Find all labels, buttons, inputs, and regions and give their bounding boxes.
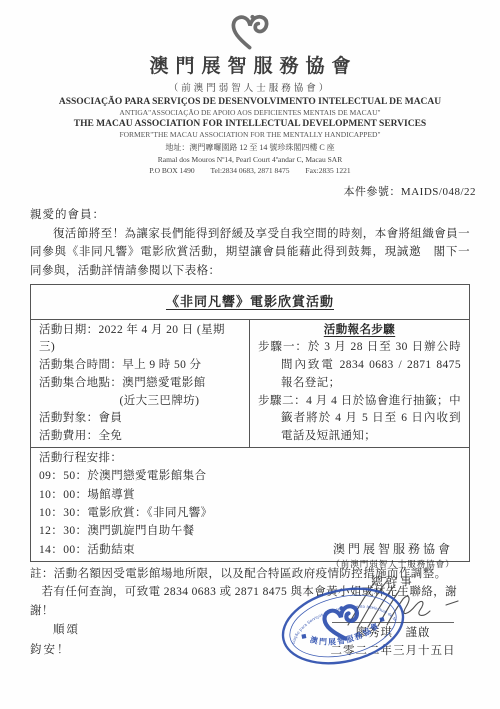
event-details-cell: 活動日期：2022 年 4 月 20 日 (星期三) 活動集合時間：早上 9 時… xyxy=(31,320,250,448)
intro-paragraph: 復活節將至！為讓家長們能得到舒緩及享受自我空間的時刻，本會將組織會員一同參與《非… xyxy=(30,225,470,281)
event-fee: 活動費用：全免 xyxy=(39,428,241,446)
org-name-en: THE MACAU ASSOCIATION FOR INTELLECTUAL D… xyxy=(0,119,500,129)
signature-org-former-name: （前澳門弱智人士服務協會） xyxy=(308,559,478,570)
event-table: 《非同凡響》電影欣賞活動 活動日期：2022 年 4 月 20 日 (星期三) … xyxy=(30,284,470,562)
letterhead: 澳門展智服務協會 （前澳門弱智人士服務協會） ASSOCIAÇÃO PARA S… xyxy=(0,0,500,175)
telephone: Tel:2834 0683, 2871 8475 xyxy=(210,166,289,175)
event-meet-place-note: (近大三巴牌坊) xyxy=(39,393,241,411)
schedule-item: 09：50：於澳門戀愛電影館集合 xyxy=(39,467,461,485)
event-table-columns: 活動日期：2022 年 4 月 20 日 (星期三) 活動集合時間：早上 9 時… xyxy=(31,320,469,449)
event-meet-time: 活動集合時間：早上 9 時 50 分 xyxy=(39,357,241,375)
event-target: 活動對象：會員 xyxy=(39,410,241,428)
registration-steps-title: 活動報名步驟 xyxy=(258,322,461,340)
salutation: 親愛的會員： xyxy=(30,206,470,225)
event-table-title: 《非同凡響》電影欣賞活動 xyxy=(31,285,469,320)
schedule-item: 10：30：電影欣賞：《非同凡響》 xyxy=(39,504,461,522)
contact-line: P.O BOX 1490 Tel:2834 0683, 2871 8475 Fa… xyxy=(0,166,500,175)
registration-step-1: 步驟一：於 3 月 28 日至 30 日辦公時間內致電 2834 0683 / … xyxy=(258,339,461,392)
org-former-name-zh: （前澳門弱智人士服務協會） xyxy=(0,80,500,94)
event-date: 活動日期：2022 年 4 月 20 日 (星期三) xyxy=(39,322,241,358)
signature-org-name: 澳門展智服務協會 xyxy=(308,541,478,557)
org-former-name-pt: ANTIGA"ASSOCIAÇÃO DE APOIO AOS DEFICIENT… xyxy=(0,108,500,117)
registration-step-2: 步驟二：4 月 4 日於協會進行抽籤；中籤者將於 4 月 5 日至 6 日內收到… xyxy=(258,393,461,446)
po-box: P.O BOX 1490 xyxy=(149,166,194,175)
org-name-pt: ASSOCIAÇÃO PARA SERVIÇOS DE DESENVOLVIME… xyxy=(0,97,500,107)
schedule-item: 12：30：澳門凱旋門自助午餐 xyxy=(39,522,461,540)
reference-number: 本件參號：MAIDS/048/22 xyxy=(0,183,500,199)
address-en: Ramal dos Mouros Nº14, Pearl Court 4ºand… xyxy=(0,155,500,164)
heart-logo-icon xyxy=(229,12,271,50)
schedule-item: 10：00：場館導賞 xyxy=(39,486,461,504)
org-former-name-en: FORMER"THE MACAU ASSOCIATION FOR THE MEN… xyxy=(0,130,500,139)
schedule-title: 活動行程安排： xyxy=(39,449,461,467)
registration-steps-cell: 活動報名步驟 步驟一：於 3 月 28 日至 30 日辦公時間內致電 2834 … xyxy=(250,320,469,448)
letter-page: 澳門展智服務協會 （前澳門弱智人士服務協會） ASSOCIAÇÃO PARA S… xyxy=(0,0,500,709)
event-meet-place: 活動集合地點：澳門戀愛電影館 xyxy=(39,375,241,393)
fax: Fax:2835 1221 xyxy=(305,166,350,175)
org-name-zh: 澳門展智服務協會 xyxy=(0,51,500,78)
address-zh: 地址：澳門嚤囉園路 12 至 14 號珍珠閣四樓 C 座 xyxy=(0,142,500,153)
